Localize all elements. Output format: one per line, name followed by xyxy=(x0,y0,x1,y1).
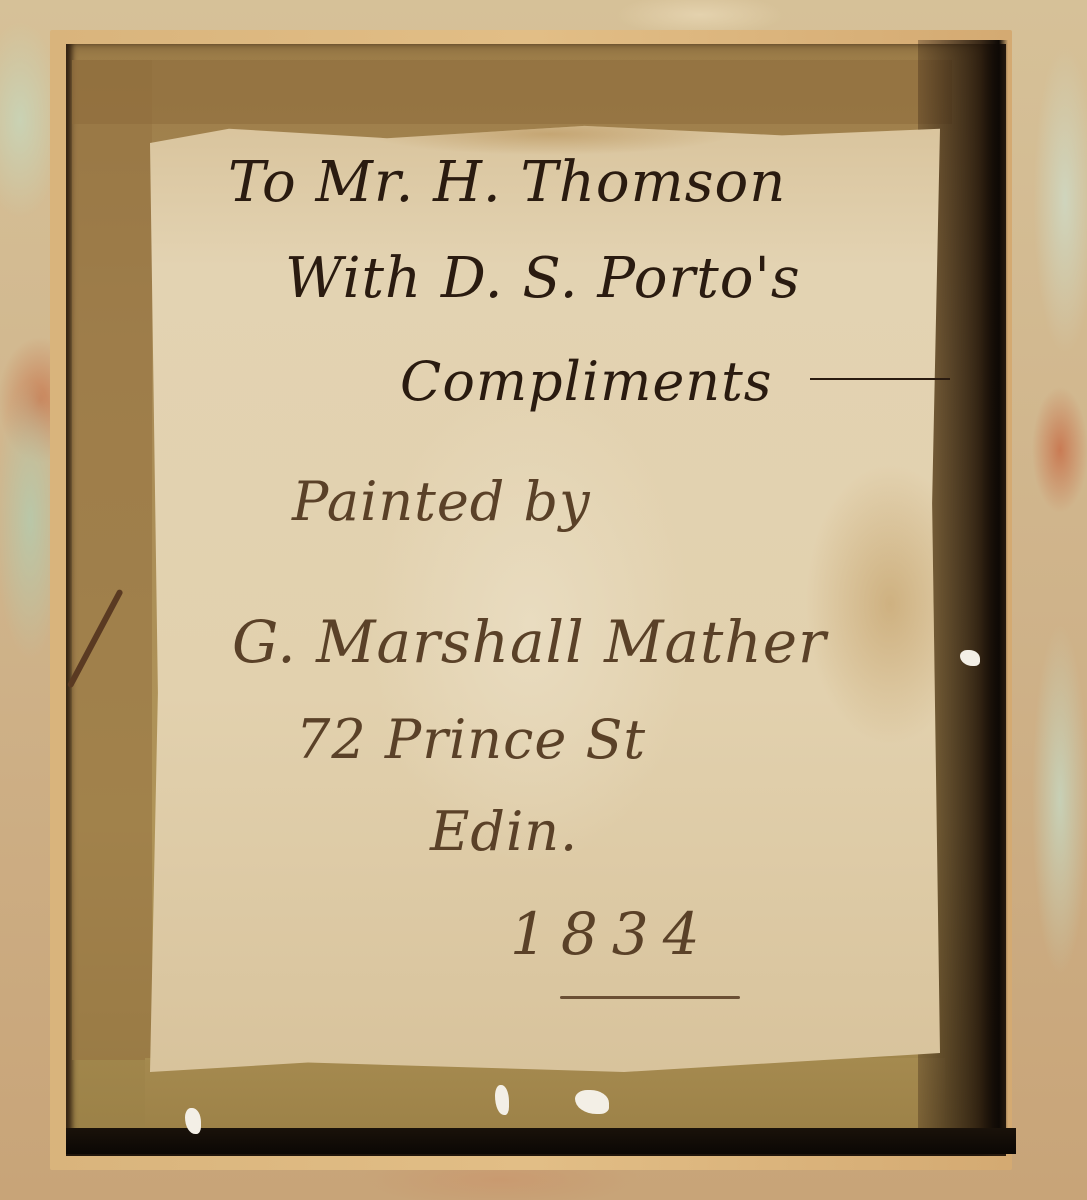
inscription-sender: With D. S. Porto's xyxy=(285,246,801,311)
inscription-address: 72 Prince St xyxy=(296,708,646,771)
inscription-artist: G. Marshall Mather xyxy=(232,608,827,676)
inscription-city: Edin. xyxy=(430,800,578,863)
paper-tape-bottom xyxy=(145,1058,945,1138)
inscription-compliments: Compliments xyxy=(400,350,773,413)
inscription-year: 1834 xyxy=(510,900,714,968)
ink-flourish-line xyxy=(810,378,950,380)
paper-tape-top xyxy=(72,60,952,124)
paper-tape-left xyxy=(72,60,152,1060)
frame-shadow-bottom xyxy=(66,1128,1016,1154)
inscription-recipient: To Mr. H. Thomson xyxy=(228,150,786,215)
year-underline xyxy=(560,996,740,999)
inscription-painted-by: Painted by xyxy=(292,470,591,533)
